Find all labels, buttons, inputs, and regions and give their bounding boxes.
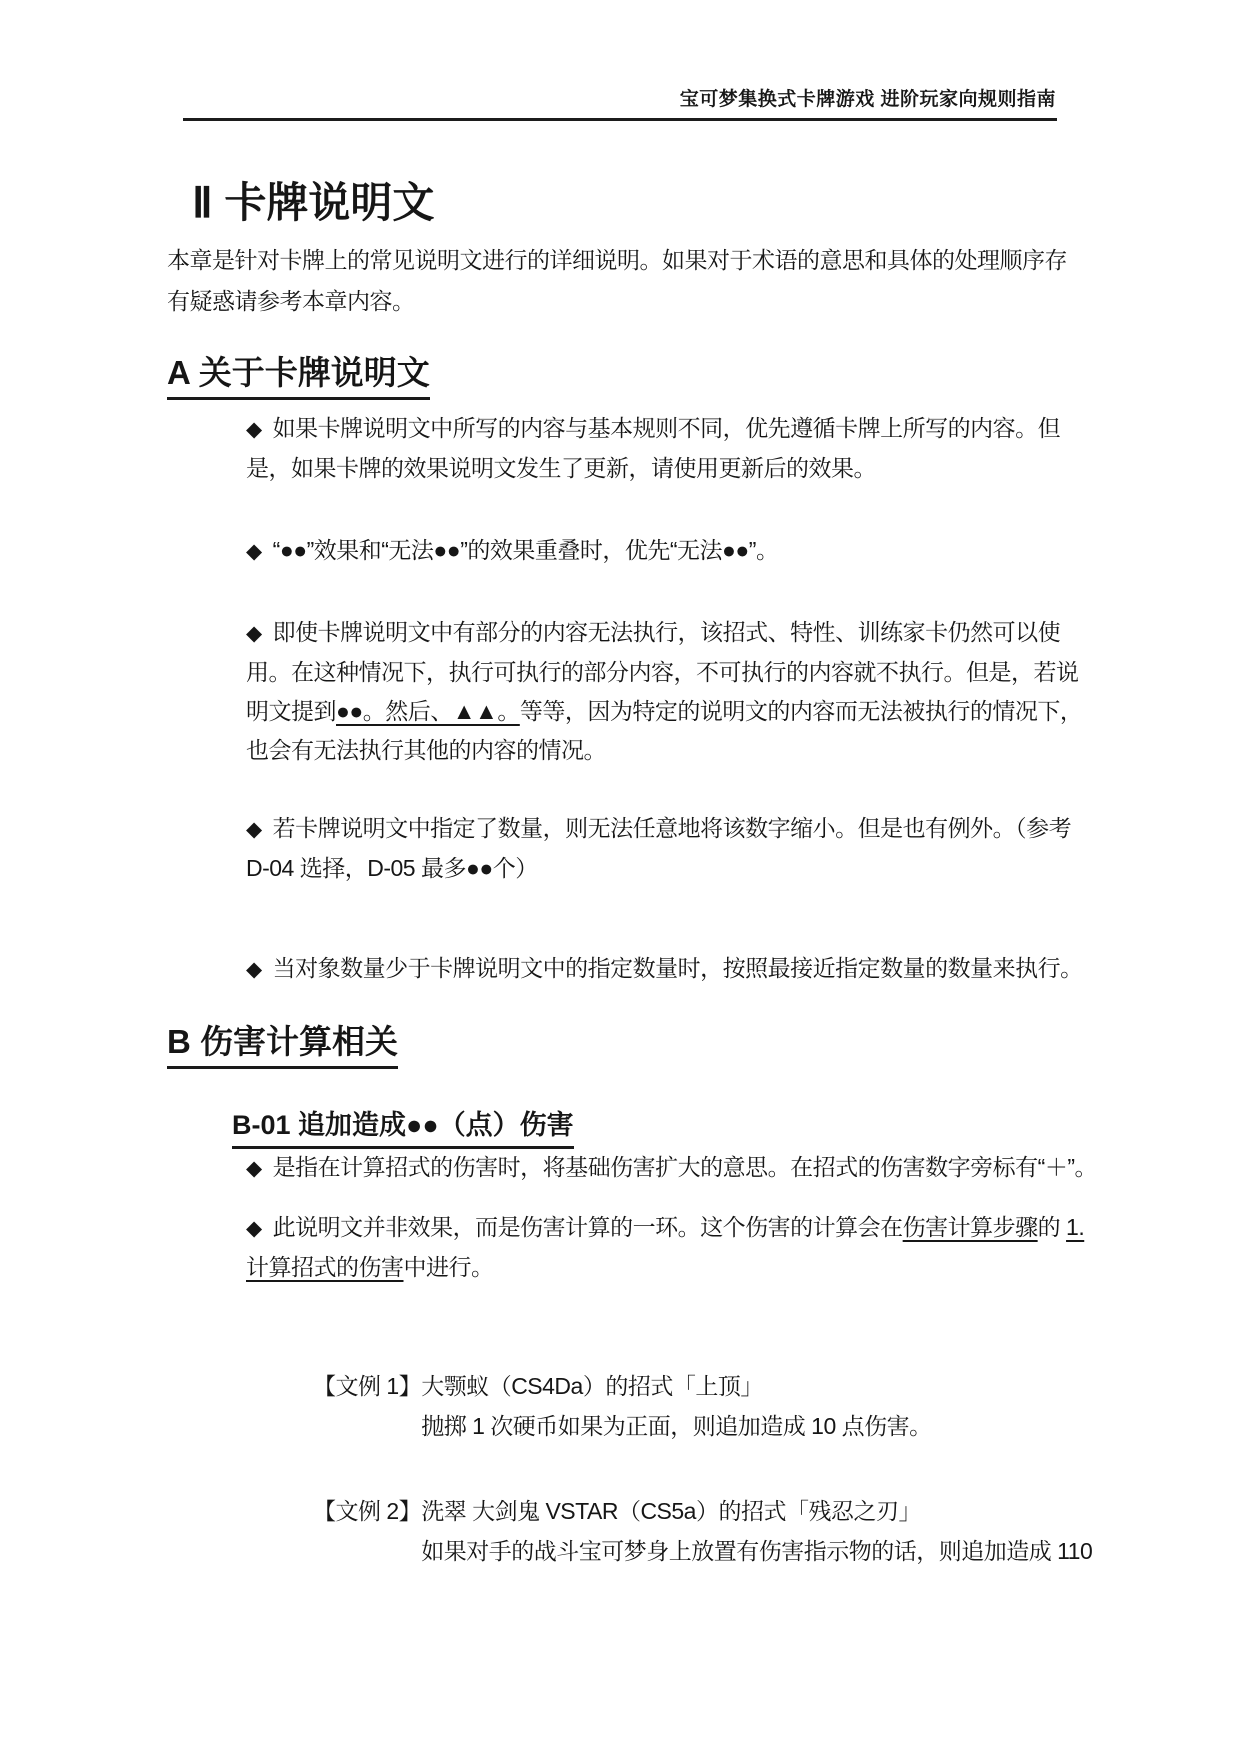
bullet-item-b1: ◆是指在计算招式的伤害时，将基础伤害扩大的意思。在招式的伤害数字旁标有“＋”。 (246, 1148, 1146, 1188)
example-label: 【文例 2】 (313, 1491, 421, 1531)
example-text: 大颚蚁（CS4Da）的招式「上顶」 抛掷 1 次硬币如果为正面，则追加造成 10… (421, 1366, 931, 1446)
bullet-item-b2: ◆此说明文并非效果，而是伤害计算的一环。这个伤害的计算会在伤害计算步骤的 1. … (246, 1208, 1146, 1287)
example-text: 洗翠 大剑鬼 VSTAR（CS5a）的招式「残忍之刃」 如果对手的战斗宝可梦身上… (421, 1491, 1092, 1571)
bullet-item-a3: ◆即使卡牌说明文中有部分的内容无法执行，该招式、特性、训练家卡仍然可以使 用。在… (246, 613, 1146, 770)
bullet-text: 中进行。 (404, 1254, 494, 1280)
bullet-item-a2: ◆“●●”效果和“无法●●”的效果重叠时，优先“无法●●”。 (246, 531, 1146, 571)
bullet-text: 若卡牌说明文中指定了数量，则无法任意地将该数字缩小。但是也有例外。（参考 D-0… (246, 815, 1071, 881)
header-rule (183, 118, 1057, 121)
bullet-item-a4: ◆若卡牌说明文中指定了数量，则无法任意地将该数字缩小。但是也有例外。（参考 D-… (246, 809, 1146, 888)
bullet-text-underlined: 伤害计算步骤 (903, 1214, 1038, 1240)
example-label: 【文例 1】 (313, 1366, 421, 1406)
subsection-b01-heading: B-01 追加造成●●（点）伤害 (232, 1109, 574, 1149)
bullet-diamond-icon: ◆ (246, 1157, 262, 1180)
bullet-diamond-icon: ◆ (246, 1217, 262, 1240)
chapter-title: Ⅱ 卡牌说明文 (192, 177, 434, 229)
bullet-text: “●●”效果和“无法●●”的效果重叠时，优先“无法●●”。 (273, 537, 779, 563)
bullet-text: 的 (1038, 1214, 1066, 1240)
bullet-item-a5: ◆当对象数量少于卡牌说明文中的指定数量时，按照最接近指定数量的数量来执行。 (246, 949, 1146, 989)
bullet-diamond-icon: ◆ (246, 958, 262, 981)
bullet-diamond-icon: ◆ (246, 418, 262, 441)
bullet-text: 当对象数量少于卡牌说明文中的指定数量时，按照最接近指定数量的数量来执行。 (273, 955, 1083, 981)
bullet-text: 此说明文并非效果，而是伤害计算的一环。这个伤害的计算会在 (273, 1214, 903, 1240)
example-item-2: 【文例 2】洗翠 大剑鬼 VSTAR（CS5a）的招式「残忍之刃」 如果对手的战… (313, 1491, 1092, 1571)
example-item-1: 【文例 1】大颚蚁（CS4Da）的招式「上顶」 抛掷 1 次硬币如果为正面，则追… (313, 1366, 932, 1446)
document-page: 宝可梦集换式卡牌游戏 进阶玩家向规则指南 Ⅱ 卡牌说明文 本章是针对卡牌上的常见… (0, 0, 1241, 1755)
bullet-text: 如果卡牌说明文中所写的内容与基本规则不同，优先遵循卡牌上所写的内容。但 是，如果… (246, 415, 1060, 481)
section-b-heading: B 伤害计算相关 (167, 1022, 398, 1069)
section-a-heading: A 关于卡牌说明文 (167, 353, 430, 400)
bullet-text: 是指在计算招式的伤害时，将基础伤害扩大的意思。在招式的伤害数字旁标有“＋”。 (273, 1154, 1097, 1180)
bullet-text-underlined: ●●。然后、▲▲。 (336, 698, 520, 724)
bullet-diamond-icon: ◆ (246, 622, 262, 645)
bullet-diamond-icon: ◆ (246, 540, 262, 563)
bullet-item-a1: ◆如果卡牌说明文中所写的内容与基本规则不同，优先遵循卡牌上所写的内容。但 是，如… (246, 409, 1146, 488)
chapter-intro: 本章是针对卡牌上的常见说明文进行的详细说明。如果对于术语的意思和具体的处理顺序存… (167, 240, 1097, 322)
page-header-title: 宝可梦集换式卡牌游戏 进阶玩家向规则指南 (680, 88, 1056, 112)
bullet-diamond-icon: ◆ (246, 818, 262, 841)
